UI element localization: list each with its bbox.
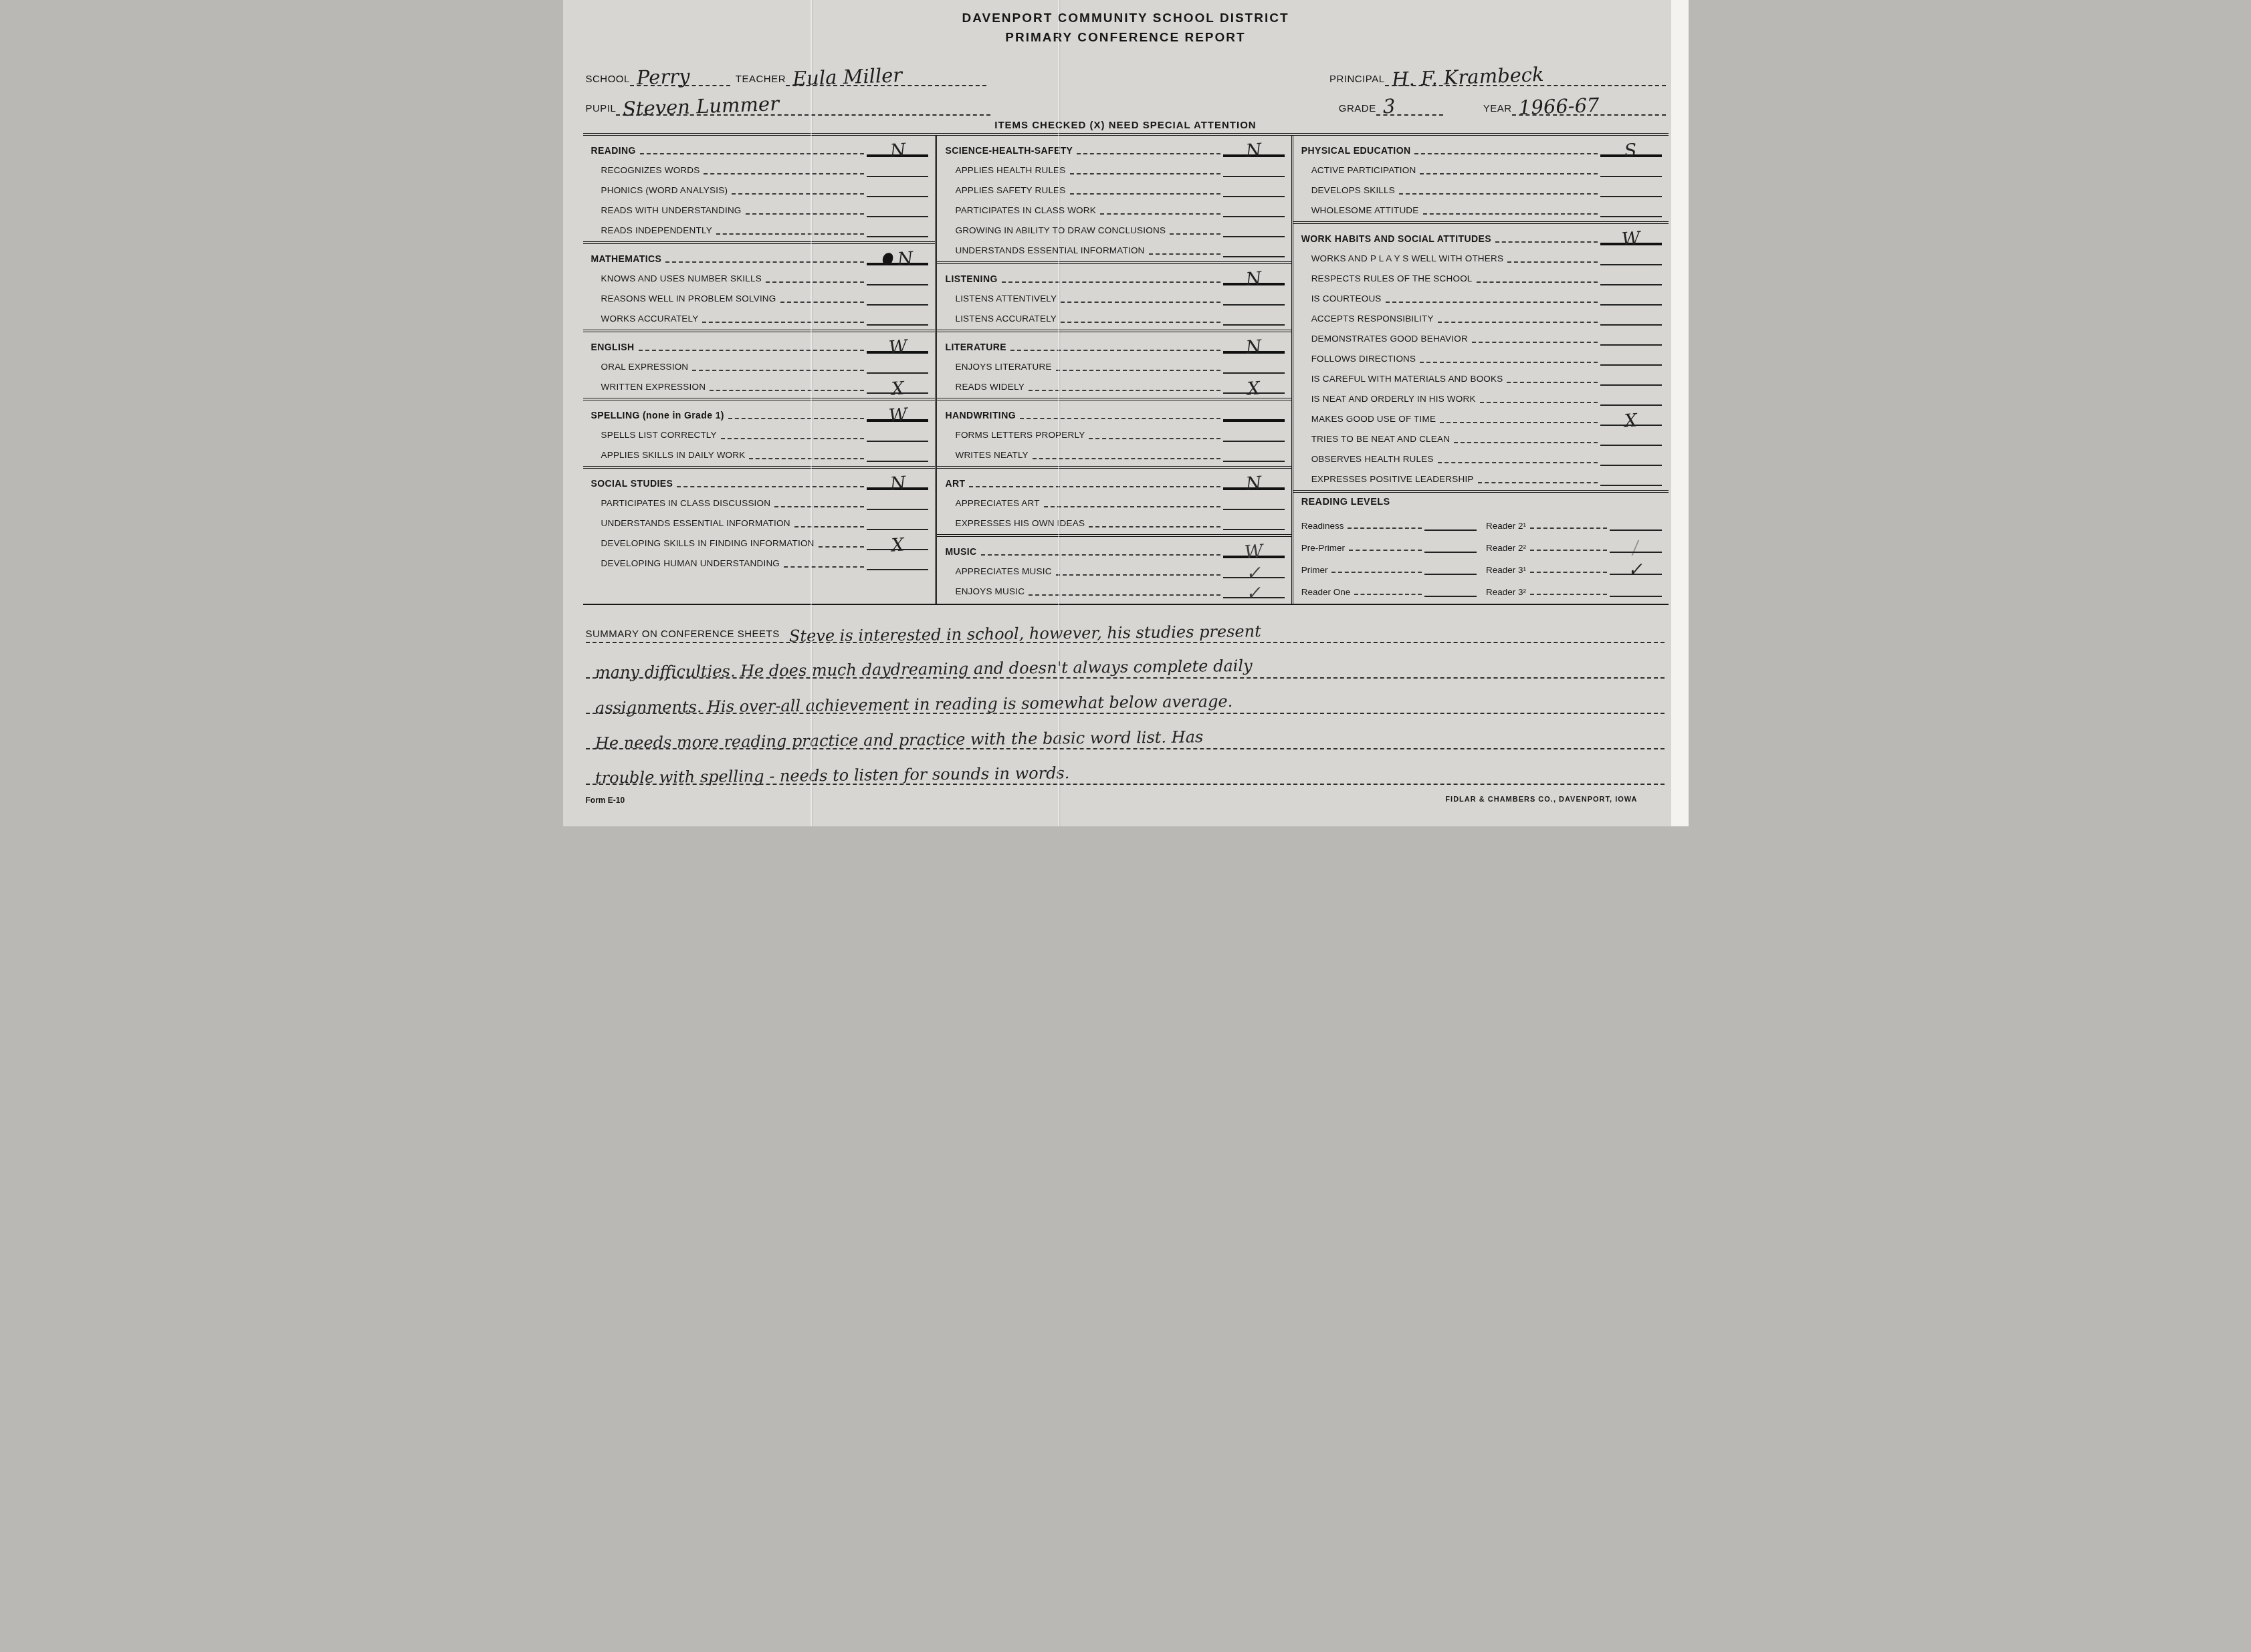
item-label: READS INDEPENDENTLY [591, 224, 712, 237]
section-header-row: LISTENINGN [945, 265, 1284, 285]
item-label: APPLIES HEALTH RULES [945, 164, 1065, 177]
printer-credit: FIDLAR & CHAMBERS CO., DAVENPORT, IOWA [1445, 796, 1637, 804]
mark-cell [1600, 176, 1662, 177]
district-title: DAVENPORT COMMUNITY SCHOOL DISTRICT [583, 9, 1669, 29]
section-label: WORK HABITS AND SOCIAL ATTITUDES [1301, 232, 1491, 245]
mark-cell: W [867, 338, 928, 354]
form-item-row: APPLIES HEALTH RULES [945, 157, 1284, 177]
dotted-leader [1029, 390, 1220, 391]
mark-cell [1610, 529, 1662, 531]
dotted-leader [746, 213, 865, 215]
dotted-leader [721, 438, 865, 439]
item-label: WRITES NEATLY [945, 449, 1028, 462]
section-label: READING [591, 144, 636, 157]
reading-level-row: Reader One [1301, 575, 1477, 597]
item-label: WORKS AND P L A Y S WELL WITH OTHERS [1301, 252, 1504, 265]
pupil-field: Steven Lummer [616, 86, 990, 116]
mark-cell [867, 569, 928, 570]
mark-cell [1424, 574, 1477, 575]
form-item-row: RESPECTS RULES OF THE SCHOOL [1301, 265, 1662, 285]
dotted-leader [1100, 213, 1220, 215]
item-label: APPRECIATES MUSIC [945, 565, 1051, 578]
mark-cell [1600, 264, 1662, 265]
mark-cell: N [1223, 338, 1285, 354]
mark-cell [867, 196, 928, 197]
mark-cell [1600, 216, 1662, 217]
form-item-row: APPRECIATES ART [945, 490, 1284, 510]
mark-cell: ✓ [1223, 564, 1285, 578]
report-header: DAVENPORT COMMUNITY SCHOOL DISTRICT PRIM… [583, 9, 1669, 47]
item-label: EXPRESSES HIS OWN IDEAS [945, 517, 1085, 530]
subjects-grid: READINGNRECOGNIZES WORDSPHONICS (WORD AN… [583, 133, 1669, 605]
form-item-row: DEMONSTRATES GOOD BEHAVIOR [1301, 326, 1662, 346]
mark-cell [1424, 552, 1477, 553]
mark-cell: X [1600, 411, 1662, 426]
dotted-leader [640, 153, 865, 154]
section-label: SCIENCE-HEALTH-SAFETY [945, 144, 1073, 157]
dotted-leader [969, 486, 1220, 487]
form-item-row: MAKES GOOD USE OF TIMEX [1301, 406, 1662, 426]
summary-handwriting: assignments. His over-all achievement in… [585, 695, 1232, 716]
item-label: WRITTEN EXPRESSION [591, 380, 706, 394]
reading-level-row: Primer [1301, 553, 1477, 575]
item-label: KNOWS AND USES NUMBER SKILLS [591, 272, 762, 285]
form-item-row: DEVELOPING SKILLS IN FINDING INFORMATION… [591, 530, 929, 550]
section-header-row: ENGLISHW [591, 334, 929, 354]
mark-cell [1600, 324, 1662, 326]
form-item-row: KNOWS AND USES NUMBER SKILLS [591, 265, 929, 285]
mark-cell: ✓ [1610, 560, 1662, 575]
section-header-row: MUSICW [945, 538, 1284, 558]
subject-section: PHYSICAL EDUCATIONSACTIVE PARTICIPATIOND… [1293, 136, 1669, 221]
form-item-row: RECOGNIZES WORDS [591, 157, 929, 177]
dotted-leader [1033, 458, 1220, 459]
scanner-edge-strip [1671, 0, 1689, 826]
dotted-leader [1472, 342, 1598, 343]
mark-cell [1424, 529, 1477, 531]
dotted-leader [1440, 422, 1597, 423]
item-label: PARTICIPATES IN CLASS WORK [945, 204, 1096, 217]
reading-level-label: Reader 2² [1486, 543, 1526, 553]
summary-handwriting: many difficulties. He does much daydream… [585, 659, 1252, 681]
form-item-row: TRIES TO BE NEAT AND CLEAN [1301, 426, 1662, 446]
mark-cell: W [1600, 229, 1662, 245]
handwritten-mark: X [1624, 414, 1638, 429]
dotted-leader [1507, 261, 1597, 263]
reading-level-label: Reader 3² [1486, 587, 1526, 597]
dotted-leader [981, 554, 1220, 556]
item-label: RECOGNIZES WORDS [591, 164, 700, 177]
form-item-row: PHONICS (WORD ANALYSIS) [591, 177, 929, 197]
handwritten-mark: W [888, 340, 907, 355]
pupil-label: PUPIL [586, 103, 617, 116]
section-header-row: PHYSICAL EDUCATIONS [1301, 137, 1662, 157]
item-label: DEVELOPING HUMAN UNDERSTANDING [591, 557, 780, 570]
section-header-row: MATHEMATICSN [591, 245, 929, 265]
form-item-row: READS WITH UNDERSTANDING [591, 197, 929, 217]
mark-cell [1223, 441, 1285, 442]
item-label: MAKES GOOD USE OF TIME [1301, 412, 1436, 426]
mark-cell [1223, 461, 1285, 462]
dotted-leader [716, 233, 865, 235]
pupil-value: Steven Lummer [616, 96, 785, 117]
form-item-row: LISTENS ATTENTIVELY [945, 285, 1284, 306]
mark-cell [867, 176, 928, 177]
subject-section: HANDWRITINGFORMS LETTERS PROPERLYWRITES … [937, 398, 1291, 466]
form-item-row: WORKS ACCURATELY [591, 306, 929, 326]
dotted-leader [1061, 302, 1220, 303]
item-label: FOLLOWS DIRECTIONS [1301, 352, 1416, 366]
mark-cell [1424, 596, 1477, 597]
subject-section: MUSICWAPPRECIATES MUSIC✓ENJOYS MUSIC✓ [937, 534, 1291, 602]
subject-section: LITERATURENENJOYS LITERATUREREADS WIDELY… [937, 330, 1291, 398]
mark-cell: W [867, 406, 928, 422]
dotted-leader [1423, 213, 1598, 215]
subject-section: WORK HABITS AND SOCIAL ATTITUDESWWORKS A… [1293, 221, 1669, 490]
section-header-row: WORK HABITS AND SOCIAL ATTITUDESW [1301, 225, 1662, 245]
dotted-leader [1070, 173, 1220, 174]
mark-cell: N [1223, 474, 1285, 490]
subject-section: ARTNAPPRECIATES ARTEXPRESSES HIS OWN IDE… [937, 466, 1291, 534]
item-label: WORKS ACCURATELY [591, 312, 699, 326]
dotted-leader [1070, 193, 1220, 195]
mark-cell: N [1223, 269, 1285, 285]
mark-cell [1600, 384, 1662, 386]
subject-section: SOCIAL STUDIESNPARTICIPATES IN CLASS DIS… [583, 466, 936, 574]
handwritten-mark: ✓ [1628, 563, 1644, 578]
year-field: 1966-67 [1512, 86, 1666, 116]
dotted-leader [1002, 281, 1220, 283]
item-label: ORAL EXPRESSION [591, 360, 689, 374]
dotted-leader [1044, 506, 1220, 507]
dotted-leader [1020, 418, 1220, 419]
section-label: SOCIAL STUDIES [591, 477, 673, 490]
section-label: ART [945, 477, 965, 490]
summary-line: many difficulties. He does much daydream… [586, 643, 1665, 679]
dotted-leader [1477, 281, 1598, 283]
mark-cell [867, 324, 928, 326]
form-item-row: REASONS WELL IN PROBLEM SOLVING [591, 285, 929, 306]
item-label: FORMS LETTERS PROPERLY [945, 429, 1085, 442]
item-label: LISTENS ACCURATELY [945, 312, 1057, 326]
reading-level-row: Reader 2¹ [1486, 509, 1661, 531]
teacher-value: Eula Miller [786, 68, 908, 88]
item-label: READS WITH UNDERSTANDING [591, 204, 742, 217]
principal-label: PRINCIPAL [1329, 74, 1385, 86]
form-item-row: ACTIVE PARTICIPATION [1301, 157, 1662, 177]
handwritten-mark: X [1247, 382, 1261, 396]
reading-level-row: Readiness [1301, 509, 1477, 531]
dotted-leader [774, 506, 864, 507]
teacher-label: TEACHER [736, 74, 786, 86]
conference-report-page: DAVENPORT COMMUNITY SCHOOL DISTRICT PRIM… [563, 0, 1689, 826]
handwritten-mark: N [889, 477, 906, 491]
dotted-leader [1386, 302, 1598, 303]
subject-section: LISTENINGNLISTENS ATTENTIVELYLISTENS ACC… [937, 261, 1291, 330]
mark-cell [1223, 324, 1285, 326]
mark-cell: X [1223, 379, 1285, 394]
mark-cell [867, 461, 928, 462]
form-item-row: OBSERVES HEALTH RULES [1301, 446, 1662, 466]
dotted-leader [1010, 350, 1220, 351]
subject-section: SCIENCE-HEALTH-SAFETYNAPPLIES HEALTH RUL… [937, 136, 1291, 261]
dotted-leader [1414, 153, 1597, 154]
mark-cell: N [867, 474, 928, 490]
form-item-row: EXPRESSES POSITIVE LEADERSHIP [1301, 466, 1662, 486]
dotted-leader [794, 526, 865, 527]
mark-cell [1600, 196, 1662, 197]
dotted-leader [732, 193, 864, 195]
mark-cell [867, 216, 928, 217]
dotted-leader [1348, 527, 1422, 529]
dotted-leader [819, 546, 865, 548]
dotted-leader [728, 418, 865, 419]
item-label: RESPECTS RULES OF THE SCHOOL [1301, 272, 1473, 285]
form-item-row: DEVELOPS SKILLS [1301, 177, 1662, 197]
grade-value: 3 [1376, 98, 1400, 114]
dotted-leader [1420, 362, 1597, 363]
dotted-leader [784, 566, 864, 568]
section-label: MATHEMATICS [591, 252, 662, 265]
mark-cell: ✓ [1223, 584, 1285, 598]
section-header-row: LITERATUREN [945, 334, 1284, 354]
dotted-leader [1149, 253, 1220, 255]
mark-cell [1600, 404, 1662, 406]
mark-cell [1223, 236, 1285, 237]
mark-cell [1600, 445, 1662, 446]
form-item-row: UNDERSTANDS ESSENTIAL INFORMATION [591, 510, 929, 530]
mark-cell [1600, 344, 1662, 346]
mark-cell [867, 529, 928, 530]
dotted-leader [710, 390, 864, 391]
reading-levels-title: READING LEVELS [1301, 494, 1662, 509]
dotted-leader [1331, 572, 1422, 573]
item-label: DEVELOPS SKILLS [1301, 184, 1395, 197]
section-header-row: ARTN [945, 470, 1284, 490]
school-field: Perry [630, 55, 730, 86]
dotted-leader [702, 322, 864, 323]
handwritten-mark: N [1245, 477, 1262, 491]
form-item-row: WHOLESOME ATTITUDE [1301, 197, 1662, 217]
mark-cell [1600, 485, 1662, 486]
item-label: GROWING IN ABILITY TO DRAW CONCLUSIONS [945, 224, 1166, 237]
dotted-leader [1480, 402, 1598, 403]
dotted-leader [1478, 482, 1598, 483]
principal-field: H. F. Krambeck [1385, 55, 1666, 86]
principal-value: H. F. Krambeck [1384, 67, 1549, 88]
dotted-leader [1454, 442, 1597, 443]
dotted-leader [1170, 233, 1220, 235]
reading-level-label: Primer [1301, 565, 1328, 575]
item-label: SPELLS LIST CORRECTLY [591, 429, 717, 442]
item-label: PARTICIPATES IN CLASS DISCUSSION [591, 497, 771, 510]
dotted-leader [1354, 594, 1422, 595]
form-item-row: GROWING IN ABILITY TO DRAW CONCLUSIONS [945, 217, 1284, 237]
dotted-leader [704, 173, 864, 174]
mark-cell: N [1223, 141, 1285, 157]
handwritten-mark: X [891, 382, 905, 396]
dotted-leader [766, 281, 865, 283]
item-label: TRIES TO BE NEAT AND CLEAN [1301, 433, 1451, 446]
form-item-row: APPRECIATES MUSIC✓ [945, 558, 1284, 578]
dotted-leader [665, 261, 864, 263]
mark-cell [1600, 465, 1662, 466]
mark-cell [1600, 364, 1662, 366]
dotted-leader [1438, 462, 1598, 463]
mark-cell [1223, 256, 1285, 257]
summary-area: SUMMARY ON CONFERENCE SHEETSSteve is int… [586, 608, 1665, 785]
dotted-leader [1399, 193, 1598, 195]
mark-cell [1223, 529, 1285, 530]
item-label: APPLIES SAFETY RULES [945, 184, 1065, 197]
section-header-row: SPELLING (none in Grade 1)W [591, 402, 929, 422]
mark-cell [867, 284, 928, 285]
item-label: ACTIVE PARTICIPATION [1301, 164, 1416, 177]
mark-cell [867, 304, 928, 306]
summary-handwriting: Steve is interested in school, however, … [780, 625, 1261, 644]
dotted-leader [749, 458, 864, 459]
form-item-row: ORAL EXPRESSION [591, 354, 929, 374]
item-label: UNDERSTANDS ESSENTIAL INFORMATION [591, 517, 790, 530]
item-label: LISTENS ATTENTIVELY [945, 292, 1057, 306]
mark-cell [867, 372, 928, 374]
dotted-leader [1077, 153, 1220, 154]
form-item-row: READS INDEPENDENTLY [591, 217, 929, 237]
form-item-row: SPELLS LIST CORRECTLY [591, 422, 929, 442]
item-label: PHONICS (WORD ANALYSIS) [591, 184, 728, 197]
reading-level-label: Reader 3¹ [1486, 565, 1526, 575]
reading-levels-grid: ReadinessReader 2¹Pre-PrimerReader 2²∕Pr… [1301, 509, 1662, 597]
section-label: LITERATURE [945, 340, 1006, 354]
form-item-row: FORMS LETTERS PROPERLY [945, 422, 1284, 442]
dotted-leader [1438, 322, 1598, 323]
item-label: WHOLESOME ATTITUDE [1301, 204, 1419, 217]
footer: Form E-10 FIDLAR & CHAMBERS CO., DAVENPO… [586, 796, 1665, 805]
handwritten-mark: ✓ [1246, 586, 1262, 601]
form-item-row: APPLIES SKILLS IN DAILY WORK [591, 442, 929, 462]
mark-cell [867, 509, 928, 510]
item-label: DEMONSTRATES GOOD BEHAVIOR [1301, 332, 1468, 346]
reading-level-label: Pre-Primer [1301, 543, 1345, 553]
item-label: ENJOYS LITERATURE [945, 360, 1051, 374]
form-item-row: IS NEAT AND ORDERLY IN HIS WORK [1301, 386, 1662, 406]
reading-level-row: Pre-Primer [1301, 531, 1477, 553]
mark-cell [1223, 176, 1285, 177]
summary-line: He needs more reading practice and pract… [586, 714, 1665, 749]
handwritten-mark: N [1245, 144, 1262, 158]
summary-handwriting: trouble with spelling - needs to listen … [585, 767, 1069, 786]
item-label: IS NEAT AND ORDERLY IN HIS WORK [1301, 392, 1476, 406]
mark-cell [1223, 304, 1285, 306]
paper-fold-crease [1058, 0, 1059, 826]
mark-cell [1610, 596, 1662, 597]
school-label: SCHOOL [586, 74, 630, 86]
item-label: READS WIDELY [945, 380, 1024, 394]
mark-cell [1223, 509, 1285, 510]
scribbled-out-mark [881, 252, 894, 267]
handwritten-mark: N [1245, 340, 1262, 355]
school-value: Perry [629, 68, 695, 86]
item-label: ENJOYS MUSIC [945, 585, 1025, 598]
grade-field: 3 [1376, 86, 1443, 116]
handwritten-mark: X [891, 538, 905, 553]
form-item-row: WRITTEN EXPRESSIONX [591, 374, 929, 394]
mark-cell [1600, 304, 1662, 306]
form-item-row: IS COURTEOUS [1301, 285, 1662, 306]
item-label: UNDERSTANDS ESSENTIAL INFORMATION [945, 244, 1144, 257]
mark-cell: S [1600, 141, 1662, 157]
grid-column: PHYSICAL EDUCATIONSACTIVE PARTICIPATIOND… [1291, 136, 1669, 604]
mark-cell [1223, 216, 1285, 217]
dotted-leader [1056, 370, 1220, 371]
handwritten-mark: N [1245, 272, 1262, 287]
form-item-row: IS CAREFUL WITH MATERIALS AND BOOKS [1301, 366, 1662, 386]
reading-level-label: Reader 2¹ [1486, 521, 1526, 531]
item-label: EXPRESSES POSITIVE LEADERSHIP [1301, 473, 1474, 486]
item-label: DEVELOPING SKILLS IN FINDING INFORMATION [591, 537, 815, 550]
handwritten-mark: W [888, 408, 907, 423]
dotted-leader [1530, 550, 1606, 551]
grade-label: GRADE [1339, 103, 1376, 116]
mark-cell [867, 236, 928, 237]
subject-section: ENGLISHWORAL EXPRESSIONWRITTEN EXPRESSIO… [583, 330, 936, 398]
form-item-row: PARTICIPATES IN CLASS WORK [945, 197, 1284, 217]
summary-handwriting: He needs more reading practice and pract… [585, 731, 1202, 751]
mark-cell [1223, 196, 1285, 197]
summary-label: SUMMARY ON CONFERENCE SHEETS [586, 628, 780, 642]
dotted-leader [1507, 382, 1597, 383]
summary-line: SUMMARY ON CONFERENCE SHEETSSteve is int… [586, 608, 1665, 643]
mark-cell [1223, 372, 1285, 374]
mark-cell: W [1223, 542, 1285, 558]
section-label: MUSIC [945, 545, 976, 558]
item-label: IS CAREFUL WITH MATERIALS AND BOOKS [1301, 372, 1503, 386]
item-label: REASONS WELL IN PROBLEM SOLVING [591, 292, 776, 306]
mark-cell [1600, 284, 1662, 285]
subject-section: MATHEMATICSNKNOWS AND USES NUMBER SKILLS… [583, 241, 936, 330]
handwritten-mark: W [1244, 545, 1263, 560]
subject-section: READINGNRECOGNIZES WORDSPHONICS (WORD AN… [583, 136, 936, 241]
form-item-row: EXPRESSES HIS OWN IDEAS [945, 510, 1284, 530]
reading-level-row: Reader 2²∕ [1486, 531, 1661, 553]
dotted-leader [1061, 322, 1220, 323]
section-label: LISTENING [945, 272, 997, 285]
mark-cell: ∕ [1610, 538, 1662, 553]
form-item-row: WRITES NEATLY [945, 442, 1284, 462]
handwritten-mark: N [897, 252, 914, 267]
header-fields-row-2: PUPIL Steven Lummer GRADE 3 YEAR 1966-67 [586, 88, 1666, 116]
section-header-row: READINGN [591, 137, 929, 157]
mark-cell [867, 441, 928, 442]
handwritten-mark: ∕ [1632, 541, 1639, 555]
dotted-leader [1530, 594, 1606, 595]
year-label: YEAR [1483, 103, 1512, 116]
mark-cell: N [867, 141, 928, 157]
form-item-row: ENJOYS MUSIC✓ [945, 578, 1284, 598]
dotted-leader [1530, 527, 1606, 529]
paper-fold-crease [811, 0, 812, 826]
section-header-row: SCIENCE-HEALTH-SAFETYN [945, 137, 1284, 157]
item-label: IS COURTEOUS [1301, 292, 1382, 306]
form-item-row: READS WIDELYX [945, 374, 1284, 394]
form-item-row: DEVELOPING HUMAN UNDERSTANDING [591, 550, 929, 570]
dotted-leader [780, 302, 865, 303]
dotted-leader [677, 486, 864, 487]
attention-note: ITEMS CHECKED (X) NEED SPECIAL ATTENTION [583, 120, 1669, 131]
header-fields-row-1: SCHOOL Perry TEACHER Eula Miller PRINCIP… [586, 57, 1666, 86]
dotted-leader [1495, 241, 1598, 243]
handwritten-mark: W [1621, 232, 1640, 247]
